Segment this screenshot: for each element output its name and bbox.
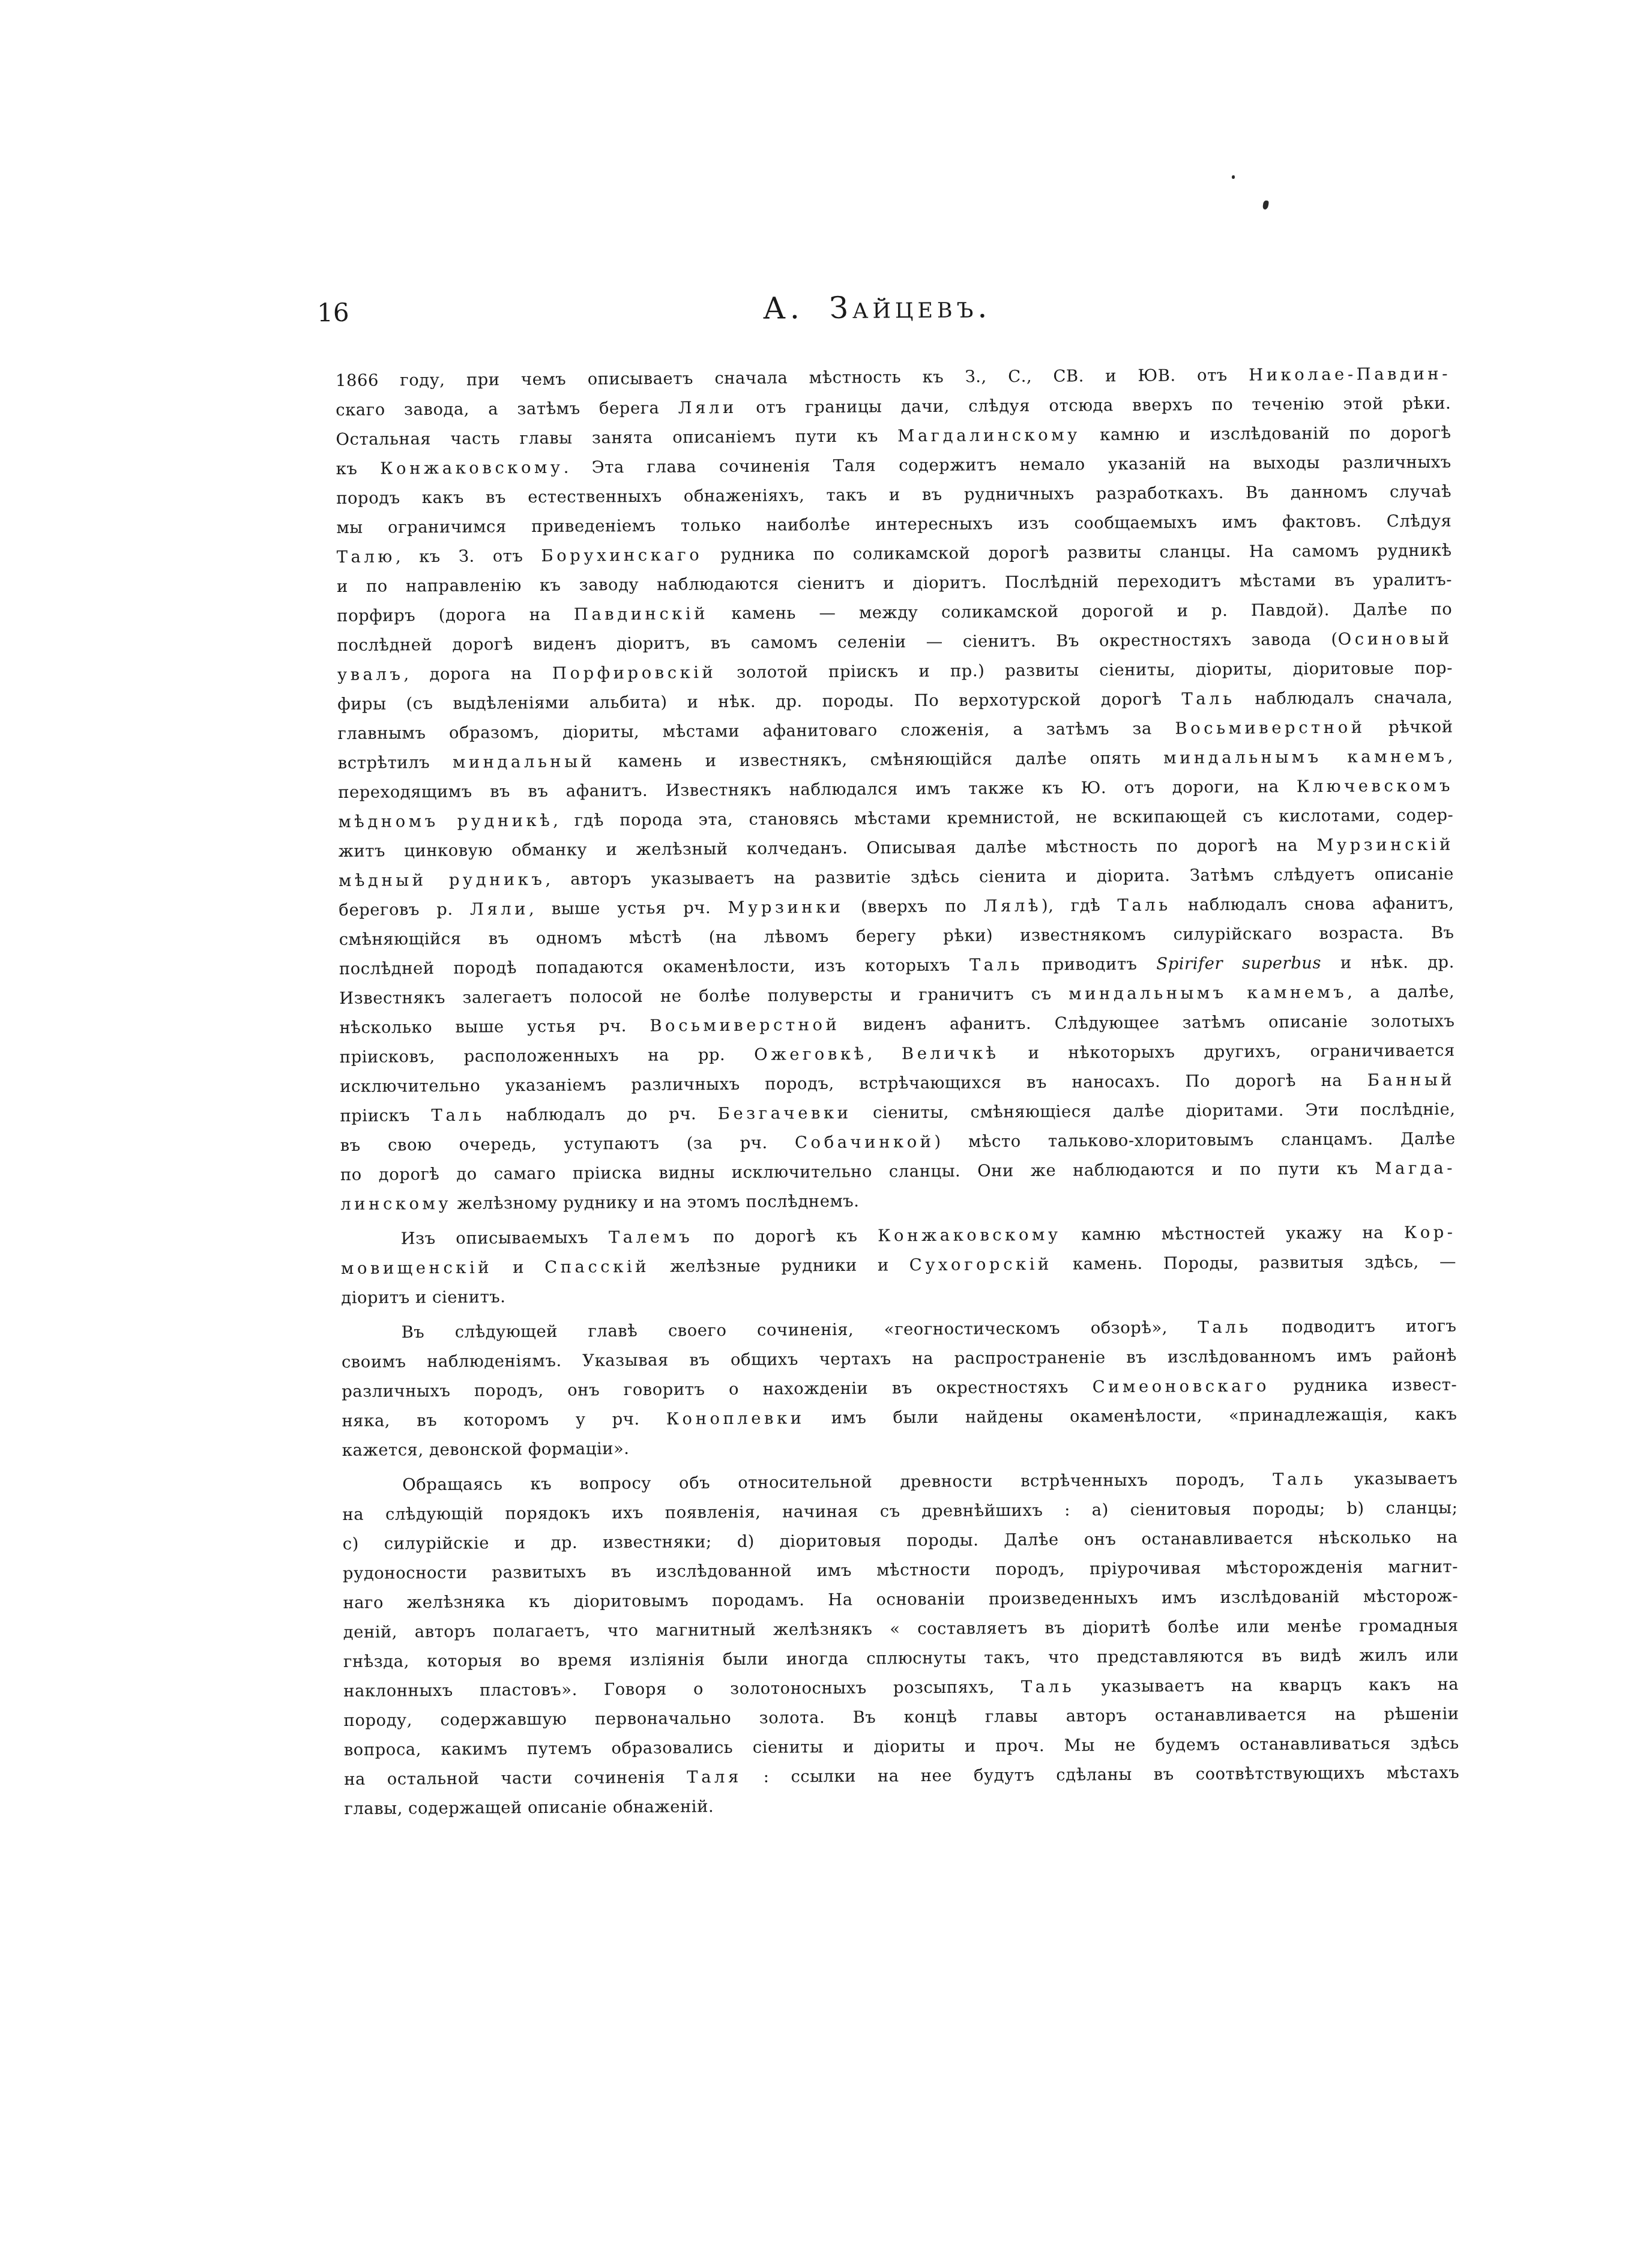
text-segment: , къ З. отъ (396, 546, 541, 566)
proper-name: Таль (1273, 1470, 1326, 1489)
text-segment: мы ограничимся приведеніемъ только наибо… (336, 511, 1452, 537)
proper-name: Таль (431, 1106, 484, 1126)
proper-name: мѣдный рудникъ (339, 870, 546, 890)
text-segment: по дорогѣ до самаго пріиска видны исключ… (340, 1159, 1375, 1184)
proper-name: Спасскій (544, 1257, 650, 1277)
text-segment: (вверхъ по (844, 896, 984, 916)
text-line: кажется, девонской формаціи». (342, 1429, 1458, 1465)
text-segment: указываетъ (1326, 1469, 1458, 1489)
text-segment: рудника по соликамской дорогѣ развиты сл… (702, 541, 1452, 565)
text-segment: смѣняющійся въ одномъ мѣстѣ (на лѣвомъ б… (339, 923, 1454, 949)
proper-name: Ляли (678, 398, 737, 418)
text-segment: камню мѣстностей укажу на (1061, 1223, 1404, 1244)
proper-name: Мурзинскій (1316, 835, 1454, 855)
text-segment: житъ цинковую обманку и желѣзный колчеда… (339, 836, 1317, 861)
text-segment: кажется, девонской формаціи». (342, 1439, 630, 1460)
proper-name: Магдалинскому (897, 425, 1081, 445)
proper-name: Восьмиверстной (1175, 718, 1365, 738)
proper-name: Таля (687, 1767, 742, 1787)
proper-name: Безгачевки (718, 1103, 852, 1123)
proper-name: Порфировскій (552, 663, 717, 683)
proper-name: Сухогорскій (909, 1255, 1052, 1274)
text-segment: на остальной части сочиненія (344, 1767, 687, 1788)
text-segment: ), гдѣ (1042, 896, 1118, 915)
text-segment: отъ границы дачи, слѣдуя отсюда вверхъ п… (737, 394, 1451, 417)
text-segment: по дорогѣ къ (693, 1226, 878, 1247)
text-segment: вопроса, какимъ путемъ образовались сіен… (344, 1734, 1459, 1760)
text-segment: переходящимъ въ въ афанитъ. Известнякъ н… (338, 777, 1297, 802)
text-segment: ) мѣсто тальково-хлоритовымъ сланцамъ. Д… (934, 1129, 1455, 1151)
text-segment: деній, авторъ полагаетъ, что магнитный ж… (343, 1616, 1459, 1642)
text-segment: наго желѣзняка къ діоритовымъ породамъ. … (343, 1587, 1458, 1612)
text-segment: , авторъ указываетъ на развитіе здѣсь сі… (545, 864, 1454, 889)
text-line: главы, содержащей описаніе обнаженій. (344, 1788, 1459, 1824)
proper-name: Таль (1181, 689, 1235, 709)
text-segment: гнѣзда, которыя во время изліянія были и… (343, 1645, 1459, 1671)
text-segment: , выше устья рч. (529, 898, 728, 918)
proper-name: Банный (1367, 1070, 1455, 1090)
text-segment: , а далѣе, (1347, 982, 1455, 1002)
proper-name: Лялѣ (983, 896, 1042, 916)
proper-name: Ожеговкѣ (754, 1045, 867, 1064)
text-segment: скаго завода, а затѣмъ берега (336, 399, 678, 420)
text-segment: береговъ р. (339, 900, 470, 920)
proper-name: Таль (1117, 896, 1171, 915)
text-segment: исключительно указаніемъ различныхъ поро… (340, 1071, 1367, 1096)
text-segment: , гдѣ порода эта, становясь мѣстами крем… (553, 806, 1453, 830)
proper-name: Коноплевки (666, 1408, 805, 1428)
proper-name: Осиновый (1338, 629, 1453, 649)
proper-name: линскому (340, 1194, 451, 1214)
text-segment: Въ слѣдующей главѣ своего сочиненія, «ге… (401, 1318, 1198, 1342)
scan-speck (1262, 200, 1269, 210)
body-text: 1866 году, при чемъ описываетъ сначала м… (335, 285, 1460, 1824)
paragraph: Въ слѣдующей главѣ своего сочиненія, «ге… (341, 1312, 1457, 1465)
scan-speck (1232, 175, 1235, 179)
proper-name: Таль (1198, 1318, 1251, 1338)
text-line: линскому желѣзному руднику и на этомъ по… (340, 1183, 1456, 1219)
text-segment: главы, содержащей описаніе обнаженій. (344, 1797, 714, 1818)
text-segment: золотой пріискъ и пр.) развиты сіениты, … (716, 659, 1453, 682)
text-segment: нѣсколько выше устья рч. (339, 1016, 650, 1037)
text-segment: встрѣтилъ (338, 753, 453, 773)
paragraph: Изъ описываемыхъ Талемъ по дорогѣ къ Кон… (340, 1218, 1456, 1313)
text-segment: порфиръ (дорога на (337, 605, 574, 626)
proper-name: Восьмиверстной (650, 1015, 840, 1036)
text-segment: имъ были найдены окаменѣлости, «принадле… (804, 1405, 1457, 1428)
proper-name: Величкѣ (902, 1043, 999, 1063)
proper-name: Симеоновскаго (1093, 1377, 1270, 1397)
proper-name: Павдинскій (574, 604, 708, 624)
text-segment: желѣзные рудники и (650, 1255, 909, 1276)
paragraph: 1866 году, при чемъ описываетъ сначала м… (336, 360, 1456, 1219)
text-segment: 1866 году, при чемъ описываетъ сначала м… (336, 366, 1249, 390)
text-segment: рѣчкой (1365, 717, 1453, 737)
text-segment: приводитъ (1023, 955, 1156, 974)
text-segment: камню и изслѣдованій по дорогѣ (1081, 423, 1452, 445)
proper-name: Собачинкой (795, 1132, 935, 1152)
text-segment: Изъ описываемыхъ (401, 1228, 609, 1248)
text-segment: камень. Породы, развитыя здѣсь, — (1052, 1252, 1456, 1274)
taxon-name: Spirifer superbus (1156, 953, 1321, 974)
proper-name: Конжаковскому (878, 1225, 1061, 1246)
proper-name: мѣдномъ рудникѣ (338, 811, 553, 831)
text-segment: различныхъ породъ, онъ говоритъ о нахожд… (342, 1377, 1093, 1401)
proper-name: Талю (337, 547, 396, 567)
text-segment: Обращаясь къ вопросу объ относительной д… (402, 1470, 1273, 1494)
text-segment: и нѣкоторыхъ другихъ, ограничивается (999, 1041, 1455, 1063)
page-content: 16 А. Зайцевъ. 1866 году, при чемъ описы… (335, 285, 1460, 1824)
proper-name: увалъ (337, 665, 404, 684)
text-segment: главнымъ образомъ, діориты, мѣстами афан… (337, 719, 1175, 743)
text-segment: наклонныхъ пластовъ». Говоря о золотонос… (343, 1677, 1021, 1701)
proper-name: Мурзинки (728, 897, 843, 917)
text-segment: Остальная часть главы занята описаніемъ … (336, 426, 897, 449)
text-segment: на слѣдующій порядокъ ихъ появленія, нач… (342, 1498, 1458, 1524)
proper-name: миндальнымъ камнемъ (1069, 983, 1347, 1004)
text-segment: пріискъ (340, 1106, 431, 1126)
text-segment: : ссылки на нее будутъ сдѣланы въ соотвѣ… (742, 1763, 1459, 1787)
text-segment: діоритъ и сіенитъ. (341, 1287, 506, 1307)
text-segment: камень и известнякъ, смѣняющійся далѣе о… (595, 749, 1163, 771)
text-segment: указываетъ на кварцъ какъ на (1075, 1675, 1459, 1696)
text-segment: камень — между соликамской дорогой и р. … (708, 600, 1452, 624)
paragraph: Обращаясь къ вопросу объ относительной д… (342, 1464, 1460, 1824)
proper-name: Магда- (1375, 1159, 1456, 1178)
text-segment: рудоносности развитыхъ въ изслѣдованной … (343, 1557, 1458, 1583)
text-segment: породу, содержавшую первоначально золота… (343, 1704, 1459, 1730)
proper-name: миндальный (453, 752, 595, 771)
proper-name: миндальнымъ камнемъ (1163, 747, 1447, 768)
text-segment: наблюдалъ до рч. (485, 1104, 718, 1124)
text-segment: и по направленію къ заводу наблюдаются с… (337, 570, 1452, 596)
text-segment: , (867, 1044, 902, 1063)
proper-name: Ляли (470, 899, 529, 919)
text-segment: рудника извест- (1270, 1375, 1457, 1396)
proper-name: Таль (969, 955, 1023, 975)
text-segment: породъ какъ въ естественныхъ обнаженіяхъ… (336, 482, 1452, 508)
text-segment: и нѣк. др. (1321, 953, 1455, 973)
text-segment: . Эта глава сочиненія Таля содержитъ нем… (563, 453, 1451, 477)
proper-name: Ключевскомъ (1297, 776, 1453, 797)
proper-name: Талемъ (609, 1227, 693, 1247)
text-segment: няка, въ которомъ у рч. (342, 1410, 666, 1431)
proper-name: мовищенскій (341, 1258, 492, 1278)
proper-name: Таль (1021, 1677, 1075, 1697)
proper-name: Борухинскаго (541, 545, 702, 565)
text-segment: , (1447, 747, 1453, 766)
text-segment: послѣдней дорогѣ виденъ діоритъ, въ само… (337, 630, 1338, 655)
text-segment: сіениты, смѣняющіеся далѣе діоритами. Эт… (851, 1100, 1455, 1123)
text-segment: наблюдалъ сначала, (1235, 688, 1453, 708)
text-segment: , дорога на (403, 664, 552, 684)
text-segment: послѣдней породѣ попадаются окаменѣлости… (339, 956, 969, 979)
text-segment: къ (336, 459, 381, 478)
text-segment: и (492, 1258, 544, 1277)
text-segment: фиры (съ выдѣленіями альбита) и нѣк. др.… (337, 689, 1181, 714)
text-segment: въ свою очередь, уступаютъ (за рч. (340, 1133, 795, 1155)
proper-name: Кор- (1404, 1223, 1456, 1243)
text-segment: Известнякъ залегаетъ полосой не болѣе по… (339, 985, 1069, 1008)
proper-name: Конжаковскому (380, 458, 564, 478)
proper-name: Николае-Павдин- (1249, 364, 1451, 385)
text-segment: пріисковъ, расположенныхъ на рр. (340, 1045, 755, 1067)
text-segment: наблюдалъ снова афанитъ, (1171, 894, 1455, 915)
text-segment: своимъ наблюденіямъ. Указывая въ общихъ … (342, 1346, 1457, 1372)
text-segment: c) силурійскіе и др. известняки; d) діор… (343, 1528, 1458, 1554)
text-segment: желѣзному руднику и на этомъ послѣднемъ. (451, 1192, 860, 1213)
text-segment: виденъ афанитъ. Слѣдующее затѣмъ описані… (840, 1012, 1455, 1034)
book-page: 16 А. Зайцевъ. 1866 году, при чемъ описы… (0, 0, 1652, 2262)
text-segment: подводитъ итогъ (1252, 1316, 1457, 1337)
